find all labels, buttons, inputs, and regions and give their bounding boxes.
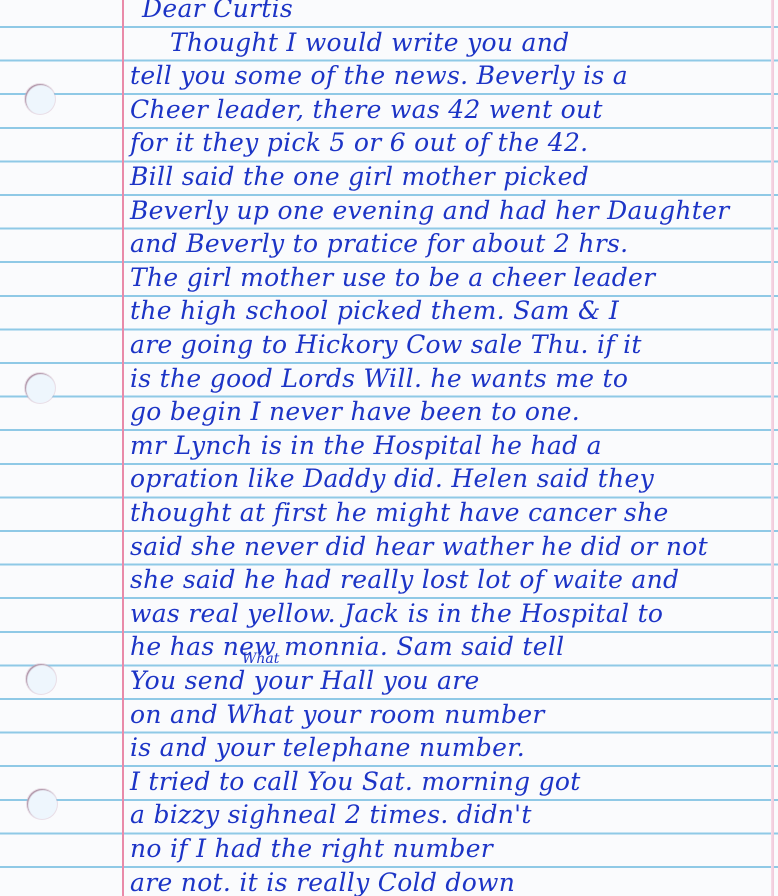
letter-line: is the good Lords Will. he wants me to [130,362,628,395]
letter-line: The girl mother use to be a cheer leader [130,261,655,294]
letter-line: opration like Daddy did. Helen said they [130,462,654,495]
letter-line: a bizzy sighneal 2 times. didn't [130,798,532,831]
letter-line: no if I had the right number [130,832,493,865]
binder-hole-icon [25,84,55,114]
letter-line: on and What your room number [130,698,545,731]
letter-line: thought at first he might have cancer sh… [130,496,669,529]
letter-line: are not. it is really Cold down [130,866,515,896]
letter-line: for it they pick 5 or 6 out of the 42. [130,126,588,159]
letter-line: Bill said the one girl mother picked [130,160,589,193]
letter-line: go begin I never have been to one. [130,395,580,428]
letter-line: tell you some of the news. Beverly is a [130,59,628,92]
paper-edge [771,0,774,896]
letter-line: said she never did hear wather he did or… [130,530,708,563]
letter-line: Beverly up one evening and had her Daugh… [130,194,729,227]
letter-line: he has new monnia. Sam said tell [130,630,564,663]
letter-line: Cheer leader, there was 42 went out [130,93,603,126]
margin-line [122,0,124,896]
letter-line: are going to Hickory Cow sale Thu. if it [130,328,642,361]
binder-hole-icon [27,789,57,819]
letter-line: Thought I would write you and [170,26,569,59]
letter-line: was real yellow. Jack is in the Hospital… [130,597,663,630]
letter-line: she said he had really lost lot of waite… [130,563,679,596]
letter-line: mr Lynch is in the Hospital he had a [130,429,602,462]
binder-hole-icon [26,664,56,694]
letter-line: You send your Hall you are [130,664,480,697]
binder-hole-icon [25,373,55,403]
letter-line: the high school picked them. Sam & I [130,294,619,327]
letter-line: is and your telephane number. [130,731,525,764]
letter-line: I tried to call You Sat. morning got [130,765,581,798]
salutation: Dear Curtis [142,0,293,25]
letter-line: and Beverly to pratice for about 2 hrs. [130,227,628,260]
notebook-paper: Dear Curtis Thought I would write you an… [0,0,778,896]
